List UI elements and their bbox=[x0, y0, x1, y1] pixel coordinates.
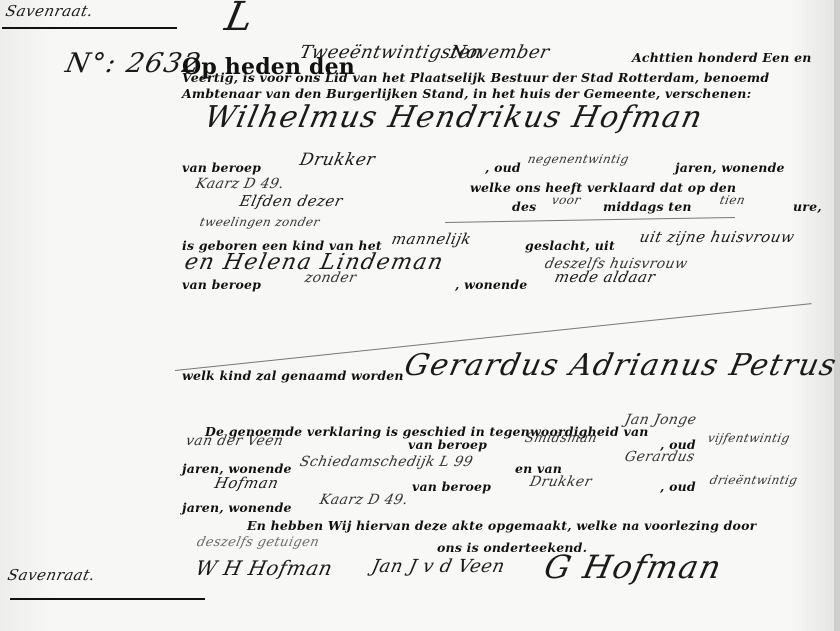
label-van-beroep-1: van beroep bbox=[182, 160, 261, 175]
fill-line-1 bbox=[445, 217, 735, 223]
des-time: voor bbox=[551, 193, 583, 207]
printed-line3: Ambtenaar van den Burgerlijken Stand, in… bbox=[182, 86, 751, 101]
document-page: Savenraat. L N°: 2632 Op heden den Tweeë… bbox=[0, 0, 840, 631]
read-by: deszelfs getuigen bbox=[195, 535, 320, 550]
child-sex: mannelijk bbox=[390, 230, 473, 248]
declarant-age: negenentwintig bbox=[527, 152, 631, 166]
label-en-hebben: En hebben Wij hiervan deze akte opgemaak… bbox=[247, 518, 756, 533]
children-note: tweelingen zonder bbox=[199, 215, 322, 229]
date-line: Elfden dezer bbox=[238, 192, 344, 210]
declarant-profession: Drukker bbox=[298, 150, 377, 170]
mother-profession: zonder bbox=[303, 270, 358, 286]
margin-underline-top bbox=[2, 27, 177, 29]
page-edge bbox=[834, 0, 840, 631]
label-ure: ure, bbox=[793, 199, 822, 214]
margin-note-bottom: Savenraat. bbox=[6, 566, 97, 584]
label-van-beroep-4: van beroep bbox=[412, 479, 491, 494]
witness2-name-a: Gerardus bbox=[623, 449, 696, 465]
signature-witness2: G Hofman bbox=[541, 548, 726, 586]
label-jaren-wonende-1: jaren, wonende bbox=[675, 160, 785, 175]
printed-line1-b: Achttien honderd Een en bbox=[632, 50, 812, 65]
birth-hour: tien bbox=[719, 193, 747, 207]
child-name: Gerardus Adrianus Petrus bbox=[401, 348, 840, 383]
label-oud-1: , oud bbox=[485, 160, 521, 175]
signature-declarant: W H Hofman bbox=[193, 556, 334, 580]
declarant-name: Wilhelmus Hendrikus Hofman bbox=[201, 100, 706, 135]
signature-witness1: Jan J v d Veen bbox=[370, 556, 507, 577]
label-middags: middags ten bbox=[603, 199, 692, 214]
label-geslacht: geslacht, uit bbox=[525, 238, 615, 253]
label-jaren-wonende-4: jaren, wonende bbox=[182, 500, 292, 515]
margin-note-top: Savenraat. bbox=[4, 2, 95, 20]
mother-residence: mede aldaar bbox=[553, 268, 657, 286]
margin-underline-bottom bbox=[10, 598, 205, 600]
witness1-address: Schiedamschedijk L 99 bbox=[298, 454, 474, 470]
witness2-name-b: Hofman bbox=[213, 474, 280, 492]
witness2-address: Kaarz D 49. bbox=[318, 492, 409, 508]
witness1-age: vijfentwintig bbox=[707, 431, 792, 445]
label-wonende-2: , wonende bbox=[455, 277, 527, 292]
witness2-age: drieëntwintig bbox=[709, 473, 799, 487]
witness1-name-b: van der Veen bbox=[184, 433, 285, 449]
label-oud-4: , oud bbox=[660, 479, 696, 494]
label-van-beroep-2: van beroep bbox=[182, 277, 261, 292]
witness2-profession: Drukker bbox=[528, 474, 593, 490]
mother-prefix: uit zijne huisvrouw bbox=[638, 228, 796, 246]
witness1-profession: Smidsman bbox=[523, 431, 598, 446]
declarant-address: Kaarz D 49. bbox=[194, 176, 285, 192]
witness1-name-a: Jan Jonge bbox=[623, 412, 698, 428]
label-welke-ons: welke ons heeft verklaard dat op den bbox=[470, 180, 736, 195]
label-des: des bbox=[512, 199, 536, 214]
date-month: November bbox=[448, 42, 552, 63]
flourish: L bbox=[221, 0, 259, 40]
label-welk-kind: welk kind zal genaamd worden bbox=[182, 368, 404, 383]
printed-line2: Veertig, is voor ons Lid van het Plaatse… bbox=[182, 70, 769, 85]
label-van-beroep-3: van beroep bbox=[408, 437, 487, 452]
